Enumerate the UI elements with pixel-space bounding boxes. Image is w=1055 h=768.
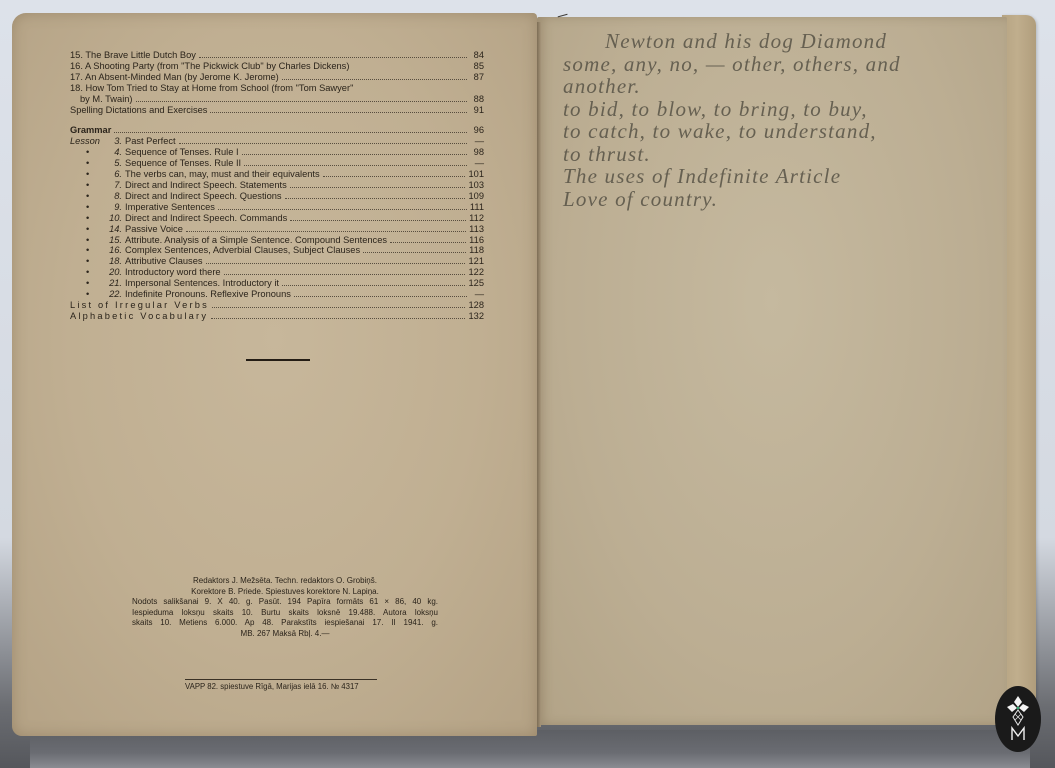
handwritten-line: The uses of Indefinite Article [563,165,993,188]
colophon-line: MB. 267 Maksā Rbļ. 4.— [132,629,438,640]
colophon-line: Iespieduma loksņu skaits 10. Burtu skait… [132,608,438,619]
printer-imprint: VAPP 82. spiestuve Rīgā, Marijas ielā 16… [185,682,385,691]
lesson-page: — [470,158,484,169]
toc-item-label: by M. Twain) [70,94,133,105]
lesson-title: Direct and Indirect Speech. Commands [125,213,287,223]
lesson-page: 121 [468,256,484,267]
handwritten-line: some, any, no, — other, others, and [563,53,993,76]
toc-grammar-heading: Grammar 96 [70,125,484,136]
grammar-heading-label: Grammar [70,125,111,136]
dot-leader [206,256,466,264]
dot-leader [136,94,467,102]
dot-leader [390,235,466,243]
toc-item: 15. The Brave Little Dutch Boy 84 [70,50,484,61]
lesson-page: 101 [468,169,484,180]
ditto-bullet: • [70,289,104,300]
lesson-prefix: Lesson [70,136,104,147]
toc-item-page: 85 [470,61,484,72]
lesson-page: 122 [468,267,484,278]
dot-leader [114,125,467,133]
toc-item-page: 132 [468,311,484,322]
dot-leader [211,311,465,319]
colophon-line: skaits 10. Metiens 6.000. Ap 48. Parakst… [132,618,438,629]
lesson-title: Imperative Sentences [125,202,215,212]
toc-lesson: •16.Complex Sentences, Adverbial Clauses… [70,245,484,256]
dot-leader [363,245,466,253]
toc-item-page: 87 [470,72,484,83]
dot-leader [186,224,466,232]
toc-item-page: 84 [470,50,484,61]
dot-leader [242,147,467,155]
lesson-number: 16. [104,245,122,256]
toc-item: 16. A Shooting Party (from "The Pickwick… [70,61,484,72]
lesson-number: 5. [104,158,122,169]
dot-leader [212,300,466,308]
ditto-bullet: • [70,224,104,235]
lesson-title: Direct and Indirect Speech. Statements [125,180,287,190]
toc-item-page: 88 [470,94,484,105]
lesson-number: 20. [104,267,122,278]
lesson-page: 116 [469,235,484,246]
colophon: Redaktors J. Mežsēta. Techn. redaktors O… [132,576,438,640]
ditto-bullet: • [70,147,104,158]
lesson-number: 6. [104,169,122,180]
handwritten-line: to catch, to wake, to understand, [563,120,993,143]
dot-leader [282,278,465,286]
toc-lesson: •9.Imperative Sentences 111 [70,202,484,213]
toc-item: 17. An Absent-Minded Man (by Jerome K. J… [70,72,484,83]
handwritten-line: Newton and his dog Diamond [563,30,993,53]
colophon-line: Korektore B. Priede. Spiestuves korektor… [132,587,438,598]
lesson-title: Attribute. Analysis of a Simple Sentence… [125,235,387,245]
lesson-page: — [470,136,484,147]
lesson-title: Indefinite Pronouns. Reflexive Pronouns [125,289,291,299]
dot-leader [224,267,466,275]
ditto-bullet: • [70,158,104,169]
lesson-page: 109 [468,191,484,202]
printer-rule [185,679,377,680]
lesson-number: 9. [104,202,122,213]
watermark-logo [995,686,1041,752]
dot-leader [210,105,467,113]
ditto-bullet: • [70,278,104,289]
lesson-title: Passive Voice [125,224,183,234]
lesson-title: Sequence of Tenses. Rule I [125,147,239,157]
colophon-line: Nodots salikšanai 9. X 40. g. Pasūt. 194… [132,597,438,608]
ornament-m-logo-icon [1003,694,1033,744]
dot-leader [294,289,467,297]
dot-leader [290,180,466,188]
toc-item-label: 16. A Shooting Party (from "The Pickwick… [70,61,349,72]
lesson-number: 10. [104,213,122,224]
ditto-bullet: • [70,213,104,224]
lesson-page: 112 [469,213,484,224]
lesson-number: 3. [104,136,122,147]
section-divider [246,359,310,361]
lesson-title: Past Perfect [125,136,176,146]
toc-item-page: 91 [470,105,484,116]
toc-item-label: List of Irregular Verbs [70,300,209,311]
dot-leader [179,136,467,144]
toc-lesson: •14.Passive Voice 113 [70,224,484,235]
toc-appendix-item: List of Irregular Verbs 128 [70,300,484,311]
lesson-title: Introductory word there [125,267,221,277]
toc-lesson: •15.Attribute. Analysis of a Simple Sent… [70,235,484,246]
lesson-number: 8. [104,191,122,202]
handwritten-notes: Newton and his dog Diamond some, any, no… [563,30,993,210]
table-of-contents: 15. The Brave Little Dutch Boy 84 16. A … [70,50,484,322]
toc-lesson: •4.Sequence of Tenses. Rule I 98 [70,147,484,158]
colophon-line: Redaktors J. Mežsēta. Techn. redaktors O… [132,576,438,587]
lesson-number: 21. [104,278,122,289]
book-cover-edge [1002,15,1036,720]
ditto-bullet: • [70,180,104,191]
lesson-page: 103 [468,180,484,191]
ditto-bullet: • [70,235,104,246]
toc-item-label: 18. How Tom Tried to Stay at Home from S… [70,83,353,94]
lesson-number: 18. [104,256,122,267]
ditto-bullet: • [70,169,104,180]
lesson-number: 4. [104,147,122,158]
dot-leader [218,202,467,210]
dot-leader [282,72,467,80]
dot-leader [290,213,466,221]
toc-lesson: •20.Introductory word there 122 [70,267,484,278]
lesson-page: 98 [470,147,484,158]
handwritten-line: to thrust. [563,143,993,166]
toc-lesson: •7.Direct and Indirect Speech. Statement… [70,180,484,191]
lesson-title: Attributive Clauses [125,256,203,266]
ditto-bullet: • [70,202,104,213]
dot-leader [323,169,466,177]
toc-item-page: 128 [468,300,484,311]
handwritten-line: another. [563,75,993,98]
toc-item-label: Alphabetic Vocabulary [70,311,208,322]
toc-lesson: •18.Attributive Clauses 121 [70,256,484,267]
dot-leader [199,50,467,58]
dot-leader [285,191,466,199]
toc-item-label: 17. An Absent-Minded Man (by Jerome K. J… [70,72,279,83]
handwritten-line: to bid, to blow, to bring, to buy, [563,98,993,121]
toc-item-label: Spelling Dictations and Exercises [70,105,207,116]
toc-lesson: •21.Impersonal Sentences. Introductory i… [70,278,484,289]
toc-item-label: 15. The Brave Little Dutch Boy [70,50,196,61]
lesson-title: Complex Sentences, Adverbial Clauses, Su… [125,245,360,255]
toc-item: by M. Twain) 88 [70,94,484,105]
toc-lesson: •6.The verbs can, may, must and their eq… [70,169,484,180]
ditto-bullet: • [70,267,104,278]
handwritten-line: Love of country. [563,188,993,211]
dot-leader [244,158,467,166]
toc-appendix-item: Alphabetic Vocabulary 132 [70,311,484,322]
toc-lesson: •22.Indefinite Pronouns. Reflexive Prono… [70,289,484,300]
toc-lesson: •5.Sequence of Tenses. Rule II — [70,158,484,169]
lesson-page: 125 [468,278,484,289]
lesson-number: 7. [104,180,122,191]
lesson-title: The verbs can, may, must and their equiv… [125,169,320,179]
ditto-bullet: • [70,191,104,202]
lesson-title: Direct and Indirect Speech. Questions [125,191,282,201]
toc-lesson: •10.Direct and Indirect Speech. Commands… [70,213,484,224]
dot-leader [352,62,467,69]
toc-lesson: Lesson3.Past Perfect — [70,136,484,147]
ditto-bullet: • [70,256,104,267]
lesson-title: Impersonal Sentences. Introductory it [125,278,279,288]
grammar-heading-page: 96 [470,125,484,136]
toc-item: Spelling Dictations and Exercises 91 [70,105,484,116]
lesson-page: — [470,289,484,300]
toc-item: 18. How Tom Tried to Stay at Home from S… [70,83,484,94]
lesson-page: 113 [469,224,484,235]
lesson-number: 22. [104,289,122,300]
lesson-page: 118 [469,245,484,256]
lesson-number: 15. [104,235,122,246]
lesson-title: Sequence of Tenses. Rule II [125,158,241,168]
dot-leader [356,84,467,91]
toc-lesson: •8.Direct and Indirect Speech. Questions… [70,191,484,202]
lesson-page: 111 [470,202,484,213]
lesson-number: 14. [104,224,122,235]
ditto-bullet: • [70,245,104,256]
